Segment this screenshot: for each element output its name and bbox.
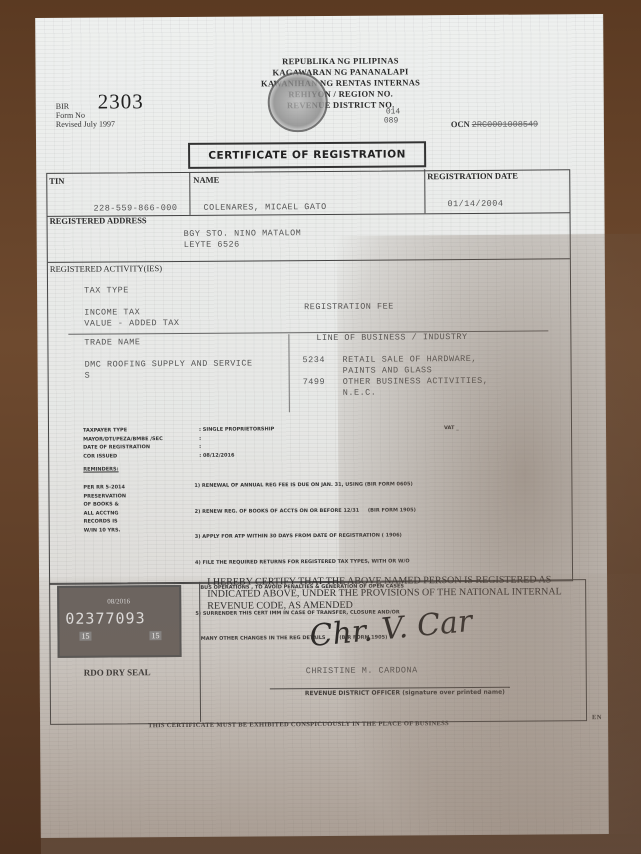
tin-value: 228-559-866-000 <box>93 203 177 214</box>
lob-desc: OTHER BUSINESS ACTIVITIES, <box>343 376 489 387</box>
tin-label: TIN <box>49 176 64 186</box>
lob-code: 5234 <box>303 355 325 365</box>
note-line: PRESERVATION <box>83 492 126 501</box>
name-label: NAME <box>193 175 219 185</box>
name-value: COLENARES, MICAEL GATO <box>203 202 326 213</box>
ocn: OCN2RC0001008549 <box>451 118 538 130</box>
lob-desc: N.E.C. <box>343 388 377 398</box>
divider <box>288 334 290 412</box>
lob-desc: PAINTS AND GLASS <box>343 365 433 376</box>
document-title: CERTIFICATE OF REGISTRATION <box>188 141 426 169</box>
divider <box>424 169 425 213</box>
address-label: REGISTERED ADDRESS <box>50 215 147 226</box>
form-number-block: BIR Form No Revised July 1997 2303 <box>56 101 115 128</box>
agency-header: REPUBLIKA NG PILIPINAS KAGAWARAN NG PANA… <box>225 55 455 112</box>
address-line: BGY STO. NINO MATALOM <box>184 228 302 239</box>
tax-type-label: TAX TYPE <box>84 285 129 295</box>
revised-label: Revised July 1997 <box>56 119 115 128</box>
ocn-value: 2RC0001008549 <box>472 119 538 129</box>
trade-name-label: TRADE NAME <box>84 337 140 347</box>
lob-desc: RETAIL SALE OF HARDWARE, <box>343 354 477 365</box>
reminder-item: 3) APPLY FOR ATP WITHIN 30 DAYS FROM DAT… <box>195 531 416 541</box>
documentary-stamp: 02377093 08/2016 15 15 <box>57 585 181 658</box>
detail-values: : SINGLE PROPRIETORSHIP : : : 08/12/2016 <box>199 425 274 460</box>
certificate-document: REPUBLIKA NG PILIPINAS KAGAWARAN NG PANA… <box>35 14 609 838</box>
detail-value: : 08/12/2016 <box>199 451 274 460</box>
regdate-label: REGISTRATION DATE <box>427 171 518 182</box>
stamp-number: 02377093 <box>65 609 145 628</box>
registration-form: TIN NAME REGISTRATION DATE 228-559-866-0… <box>46 169 573 585</box>
signature-caption: REVENUE DISTRICT OFFICER (signature over… <box>305 689 505 699</box>
stamp-date: 08/2016 <box>107 597 130 605</box>
divider <box>189 173 190 215</box>
dry-seal-label: RDO DRY SEAL <box>84 667 151 677</box>
form-number: 2303 <box>98 97 144 106</box>
certification-text: I HEREBY CERTIFY THAT THE ABOVE NAMED PE… <box>207 574 592 613</box>
tax-type: VALUE - ADDED TAX <box>84 318 179 329</box>
reminder-item: 1) RENEWAL OF ANNUAL REG FEE IS DUE ON J… <box>194 480 415 490</box>
footer-code: EN <box>592 714 602 721</box>
regdate-value: 01/14/2004 <box>447 199 503 209</box>
address-line: LEYTE 6526 <box>184 240 240 250</box>
lob-label: LINE OF BUSINESS / INDUSTRY <box>316 332 467 343</box>
note-line: W/IN 10 YRS. <box>84 526 127 535</box>
stamp-value: 15 <box>149 631 161 640</box>
note-line: RECORDS IS <box>84 517 127 526</box>
registration-fee: REGISTRATION FEE <box>304 301 394 312</box>
note-line: ALL ACCTNG <box>84 509 127 518</box>
detail-label: COR ISSUED <box>83 452 163 461</box>
bir-seal-icon <box>268 72 328 132</box>
detail-labels: TAXPAYER TYPE MAYOR/DTI/PEZA/BMBE /SEC D… <box>83 426 163 461</box>
ocn-label: OCN <box>451 119 470 129</box>
header-line: REVENUE DISTRICT NO. <box>226 99 456 112</box>
officer-name: CHRISTINE M. CARDONA <box>306 665 418 676</box>
rdo-numbers: 014 089 <box>386 107 401 125</box>
activities-label: REGISTERED ACTIVITY(IES) <box>50 263 162 274</box>
divider <box>48 258 570 263</box>
detail-label: MAYOR/DTI/PEZA/BMBE /SEC <box>83 435 163 444</box>
region-number: 014 <box>386 107 400 116</box>
reminders-label: REMINDERS: <box>83 465 118 474</box>
reminder-item: 2) RENEW REG. OF BOOKS OF ACCTS ON OR BE… <box>195 506 416 516</box>
district-number: 089 <box>384 116 400 125</box>
stamp-value: 15 <box>79 632 91 641</box>
records-note: PER RR 5-2014 PRESERVATION OF BOOKS & AL… <box>83 483 126 534</box>
lob-code: 7499 <box>303 377 325 387</box>
reminder-item: 4) FILE THE REQUIRED RETURNS FOR REGISTE… <box>195 557 416 567</box>
footer-note: THIS CERTIFICATE MUST BE EXHIBITED CONSP… <box>148 720 449 729</box>
note-line: PER RR 5-2014 <box>83 483 126 492</box>
vat-label: VAT _ <box>444 424 459 433</box>
trade-name: S <box>85 371 91 381</box>
tax-type: INCOME TAX <box>84 307 140 317</box>
note-line: OF BOOKS & <box>84 500 127 509</box>
trade-name: DMC ROOFING SUPPLY AND SERVICE <box>85 358 253 369</box>
detail-value: : SINGLE PROPRIETORSHIP <box>199 425 274 434</box>
divider <box>68 330 548 334</box>
